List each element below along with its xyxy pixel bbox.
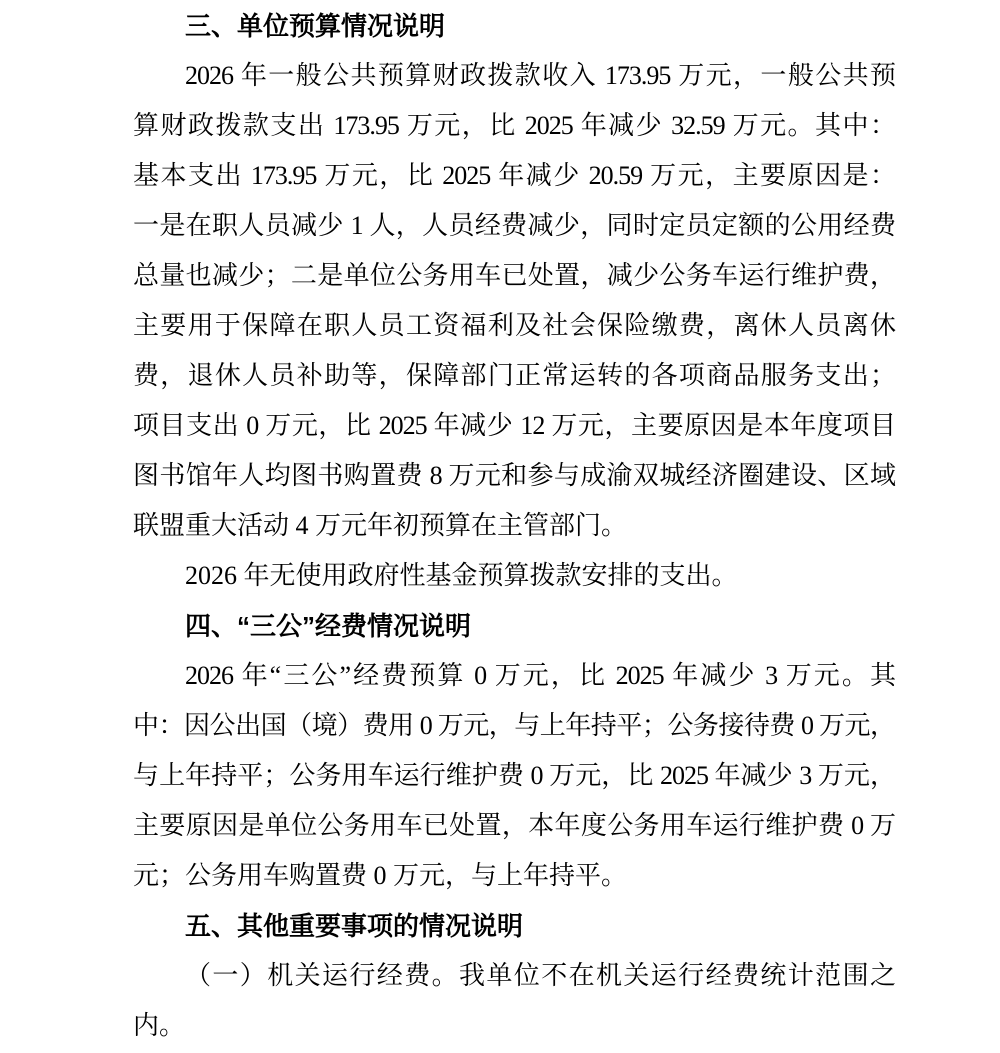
- paragraph-line: （一）机关运行经费。我单位不在机关运行经费统计范围之: [133, 951, 895, 1001]
- paragraph-line: 与上年持平；公务用车运行维护费 0 万元，比 2025 年减少 3 万元，: [133, 751, 895, 801]
- paragraph-line: 主要用于保障在职人员工资福利及社会保险缴费，离休人员离休: [133, 301, 895, 351]
- paragraph-line: 元；公务用车购置费 0 万元，与上年持平。: [133, 851, 895, 901]
- paragraph-line: 2026 年一般公共预算财政拨款收入 173.95 万元，一般公共预: [133, 51, 895, 101]
- section-heading: 四、“三公”经费情况说明: [133, 601, 895, 651]
- paragraph-line: 图书馆年人均图书购置费 8 万元和参与成渝双城经济圈建设、区域: [133, 451, 895, 501]
- paragraph-line: 总量也减少；二是单位公务用车已处置，减少公务车运行维护费，: [133, 251, 895, 301]
- paragraph-line: 2026 年“三公”经费预算 0 万元，比 2025 年减少 3 万元。其: [133, 651, 895, 701]
- paragraph-line: 费，退休人员补助等，保障部门正常运转的各项商品服务支出；: [133, 351, 895, 401]
- paragraph-line: 2026 年无使用政府性基金预算拨款安排的支出。: [133, 551, 895, 601]
- paragraph-line: 内。: [133, 1001, 895, 1051]
- document-page: 三、单位预算情况说明2026 年一般公共预算财政拨款收入 173.95 万元，一…: [0, 0, 1000, 1053]
- paragraph-line: 算财政拨款支出 173.95 万元，比 2025 年减少 32.59 万元。其中…: [133, 101, 895, 151]
- paragraph-line: 项目支出 0 万元，比 2025 年减少 12 万元，主要原因是本年度项目: [133, 401, 895, 451]
- section-heading: 五、其他重要事项的情况说明: [133, 901, 895, 951]
- paragraph-line: 主要原因是单位公务用车已处置，本年度公务用车运行维护费 0 万: [133, 801, 895, 851]
- paragraph-line: 基本支出 173.95 万元，比 2025 年减少 20.59 万元，主要原因是…: [133, 151, 895, 201]
- paragraph-line: 一是在职人员减少 1 人，人员经费减少，同时定员定额的公用经费: [133, 201, 895, 251]
- section-heading: 三、单位预算情况说明: [133, 1, 895, 51]
- document-content: 三、单位预算情况说明2026 年一般公共预算财政拨款收入 173.95 万元，一…: [133, 1, 895, 1051]
- paragraph-line: 中：因公出国（境）费用 0 万元，与上年持平；公务接待费 0 万元，: [133, 701, 895, 751]
- paragraph-line: 联盟重大活动 4 万元年初预算在主管部门。: [133, 501, 895, 551]
